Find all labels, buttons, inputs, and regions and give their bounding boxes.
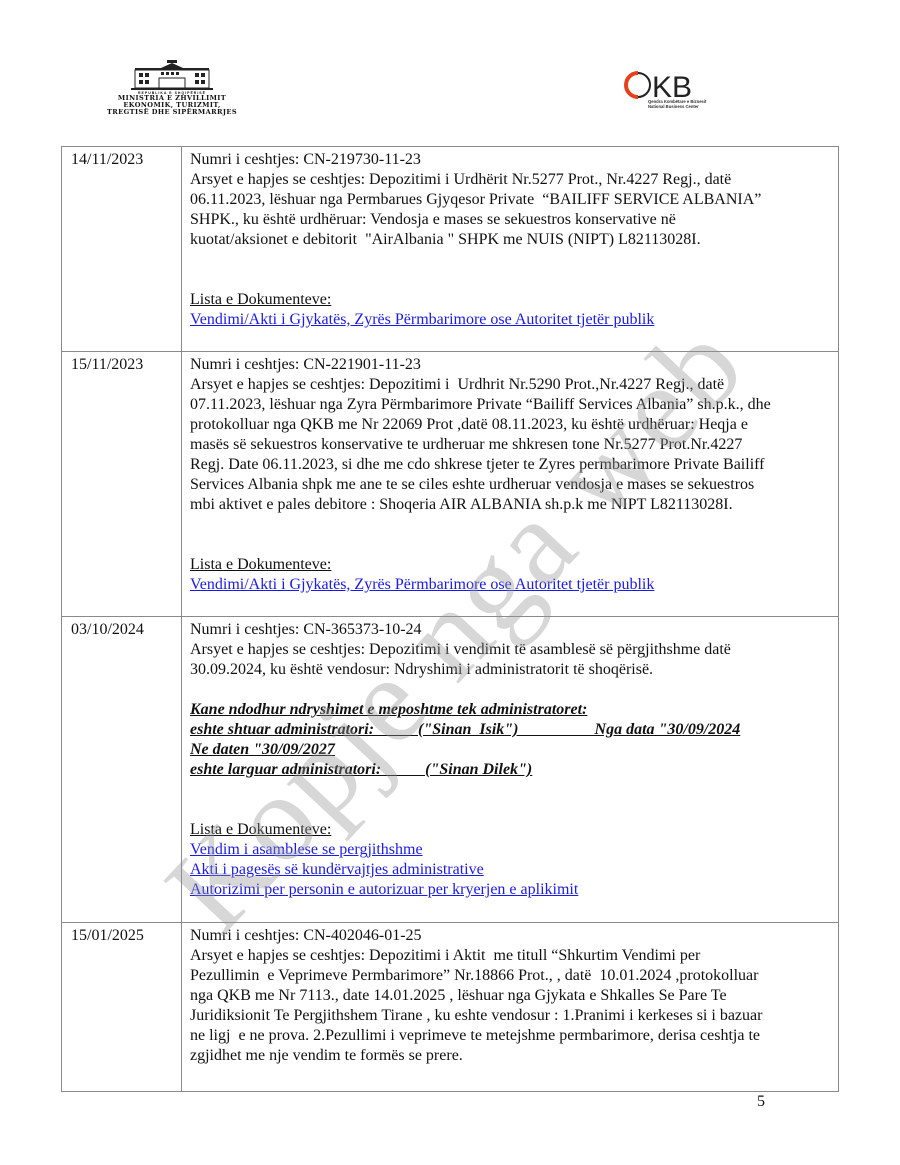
page-number: 5 [757, 1093, 765, 1111]
admin-removed: eshte larguar administratori: ("Sinan Di… [190, 760, 830, 780]
reason-line: kuotat/aksionet e debitorit "AirAlbania … [190, 230, 830, 250]
reason-line: protokolluar nga QKB me Nr 22069 Prot ,d… [190, 415, 830, 435]
ministry-name-line: TREGTISË DHE SIPËRMARRJES [92, 109, 252, 116]
government-building-icon [131, 60, 213, 90]
content-cell: Numri i ceshtjes: CN-219730-11-23 Arsyet… [182, 147, 839, 352]
reason-line: Regj. Date 06.11.2023, si dhe me cdo shk… [190, 455, 830, 475]
document-link[interactable]: Vendimi/Akti i Gjykatës, Zyrës Përmbarim… [190, 310, 830, 330]
document-link[interactable]: Autorizimi per personin e autorizuar per… [190, 880, 830, 900]
okb-logo-mark-icon: KB [622, 70, 752, 100]
document-page: REPUBLIKA E SHQIPËRISË MINISTRIA E ZHVIL… [0, 0, 900, 1165]
case-number: Numri i ceshtjes: CN-219730-11-23 [190, 150, 830, 170]
records-table: 14/11/2023 Numri i ceshtjes: CN-219730-1… [61, 146, 839, 1092]
reason-line: Juridiksionit Te Pergjithshem Tirane , k… [190, 1006, 830, 1026]
reason-line: masës së sekuestros konservative te urdh… [190, 435, 830, 455]
reason-line: mbi aktivet e pales debitore : Shoqeria … [190, 495, 830, 515]
date-cell: 14/11/2023 [62, 147, 182, 352]
documents-label: Lista e Dokumenteve: [190, 555, 830, 575]
documents-label: Lista e Dokumenteve: [190, 290, 830, 310]
okb-subtitle: Qendra Kombëtare e Biznesit National Bus… [648, 99, 706, 109]
date-cell: 15/11/2023 [62, 352, 182, 617]
date-cell: 03/10/2024 [62, 617, 182, 923]
table-row: 15/11/2023 Numri i ceshtjes: CN-221901-1… [62, 352, 839, 617]
reason-line: Arsyet e hapjes se ceshtjes: Depozitimi … [190, 640, 830, 660]
reason-line: 30.09.2024, ku është vendosur: Ndryshimi… [190, 660, 830, 680]
document-link[interactable]: Akti i pagesës së kundërvajtjes administ… [190, 860, 830, 880]
content-cell: Numri i ceshtjes: CN-221901-11-23 Arsyet… [182, 352, 839, 617]
date-cell: 15/01/2025 [62, 923, 182, 1092]
reason-line: 07.11.2023, lëshuar nga Zyra Përmbarimor… [190, 395, 830, 415]
table-row: 03/10/2024 Numri i ceshtjes: CN-365373-1… [62, 617, 839, 923]
reason-line: nga QKB me Nr 7113., date 14.01.2025 , l… [190, 986, 830, 1006]
table-row: 15/01/2025 Numri i ceshtjes: CN-402046-0… [62, 923, 839, 1092]
case-number: Numri i ceshtjes: CN-365373-10-24 [190, 620, 830, 640]
documents-label: Lista e Dokumenteve: [190, 820, 830, 840]
okb-logo: KB Qendra Kombëtare e Biznesit National … [622, 70, 772, 110]
okb-subtitle-line: National Business Center [648, 104, 706, 109]
admin-changes-heading: Kane ndodhur ndryshimet e meposhtme tek … [190, 700, 830, 720]
reason-line: 06.11.2023, lëshuar nga Permbarues Gjyqe… [190, 190, 830, 210]
document-link[interactable]: Vendimi/Akti i Gjykatës, Zyrës Përmbarim… [190, 575, 830, 595]
admin-until: Ne daten "30/09/2027 [190, 740, 830, 760]
reason-line: Arsyet e hapjes se ceshtjes: Depozitimi … [190, 375, 830, 395]
ministry-logo: REPUBLIKA E SHQIPËRISË MINISTRIA E ZHVIL… [92, 60, 252, 120]
reason-line: Arsyet e hapjes se ceshtjes: Depozitimi … [190, 170, 830, 190]
reason-line: SHPK., ku është urdhëruar: Vendosja e ma… [190, 210, 830, 230]
reason-line: Pezullimin e Veprimeve Permbarimore” Nr.… [190, 966, 830, 986]
reason-line: Services Albania shpk me ane te se ciles… [190, 475, 830, 495]
document-link[interactable]: Vendim i asamblese se pergjithshme [190, 840, 830, 860]
content-cell: Numri i ceshtjes: CN-365373-10-24 Arsyet… [182, 617, 839, 923]
case-number: Numri i ceshtjes: CN-221901-11-23 [190, 355, 830, 375]
reason-line: Arsyet e hapjes se ceshtjes: Depozitimi … [190, 946, 830, 966]
admin-added: eshte shtuar administratori: ("Sinan Isi… [190, 720, 830, 740]
reason-line: zgjidhet me nje vendim te formës se prer… [190, 1046, 830, 1066]
case-number: Numri i ceshtjes: CN-402046-01-25 [190, 926, 830, 946]
table-row: 14/11/2023 Numri i ceshtjes: CN-219730-1… [62, 147, 839, 352]
admin-changes: Kane ndodhur ndryshimet e meposhtme tek … [190, 700, 830, 780]
content-cell: Numri i ceshtjes: CN-402046-01-25 Arsyet… [182, 923, 839, 1092]
reason-line: ne ligj e ne prova. 2.Pezullimi i veprim… [190, 1026, 830, 1046]
svg-text:KB: KB [652, 71, 692, 100]
